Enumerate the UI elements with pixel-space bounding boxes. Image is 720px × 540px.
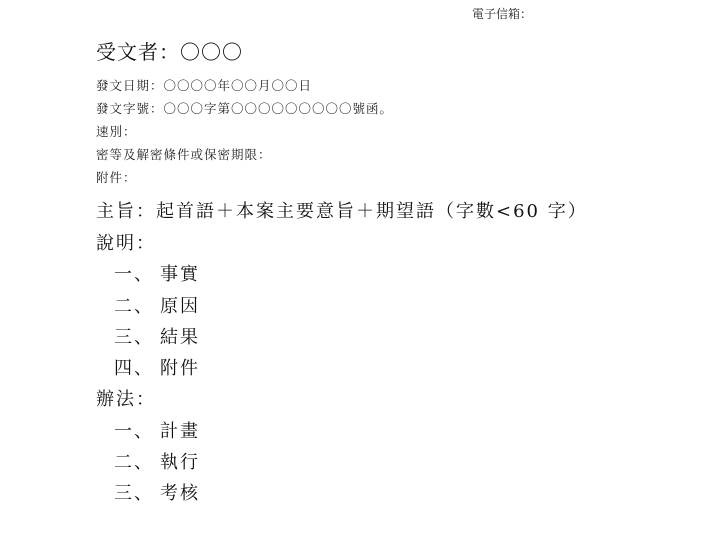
measures-item: 三、考核	[114, 479, 200, 505]
recipient-label: 受文者：	[96, 40, 180, 64]
subject-value: 起首語＋本案主要意旨＋期望語（字數<60 字）	[156, 201, 588, 222]
item-number: 二、	[114, 292, 160, 318]
explanation-item: 四、附件	[114, 354, 200, 380]
document-number-value: 〇〇〇字第〇〇〇〇〇〇〇〇〇號函。	[164, 101, 394, 116]
item-number: 二、	[114, 448, 160, 474]
issue-date-value: 〇〇〇〇年〇〇月〇〇日	[164, 78, 313, 93]
item-text: 考核	[160, 483, 200, 504]
item-number: 一、	[114, 417, 160, 443]
classification-label: 密等及解密條件或保密期限：	[96, 147, 272, 162]
item-text: 附件	[160, 358, 200, 379]
item-number: 一、	[114, 260, 160, 286]
recipient-line: 受文者：〇〇〇	[96, 36, 243, 65]
measures-item: 一、計畫	[114, 417, 200, 443]
item-text: 事實	[160, 264, 200, 285]
item-text: 執行	[160, 452, 200, 473]
item-text: 結果	[160, 327, 200, 348]
explanation-heading: 說明：	[96, 229, 156, 255]
urgency-line: 速別：	[96, 122, 137, 140]
attachment-label: 附件：	[96, 170, 137, 185]
document-number-line: 發文字號：〇〇〇字第〇〇〇〇〇〇〇〇〇號函。	[96, 99, 393, 117]
recipient-value: 〇〇〇	[180, 40, 243, 64]
measures-heading: 辦法：	[96, 385, 156, 411]
measures-item: 二、執行	[114, 448, 200, 474]
item-number: 四、	[114, 354, 160, 380]
explanation-item: 三、結果	[114, 323, 200, 349]
item-number: 三、	[114, 479, 160, 505]
issue-date-line: 發文日期：〇〇〇〇年〇〇月〇〇日	[96, 76, 312, 94]
urgency-label: 速別：	[96, 124, 137, 139]
document-number-label: 發文字號：	[96, 101, 164, 116]
explanation-item: 二、原因	[114, 292, 200, 318]
classification-line: 密等及解密條件或保密期限：	[96, 145, 272, 163]
item-text: 原因	[160, 296, 200, 317]
item-text: 計畫	[160, 421, 200, 442]
subject-label: 主旨：	[96, 201, 156, 222]
issue-date-label: 發文日期：	[96, 78, 164, 93]
attachment-line: 附件：	[96, 168, 137, 186]
explanation-item: 一、事實	[114, 260, 200, 286]
subject-line: 主旨：起首語＋本案主要意旨＋期望語（字數<60 字）	[96, 197, 588, 223]
item-number: 三、	[114, 323, 160, 349]
email-label: 電子信箱：	[472, 5, 532, 22]
